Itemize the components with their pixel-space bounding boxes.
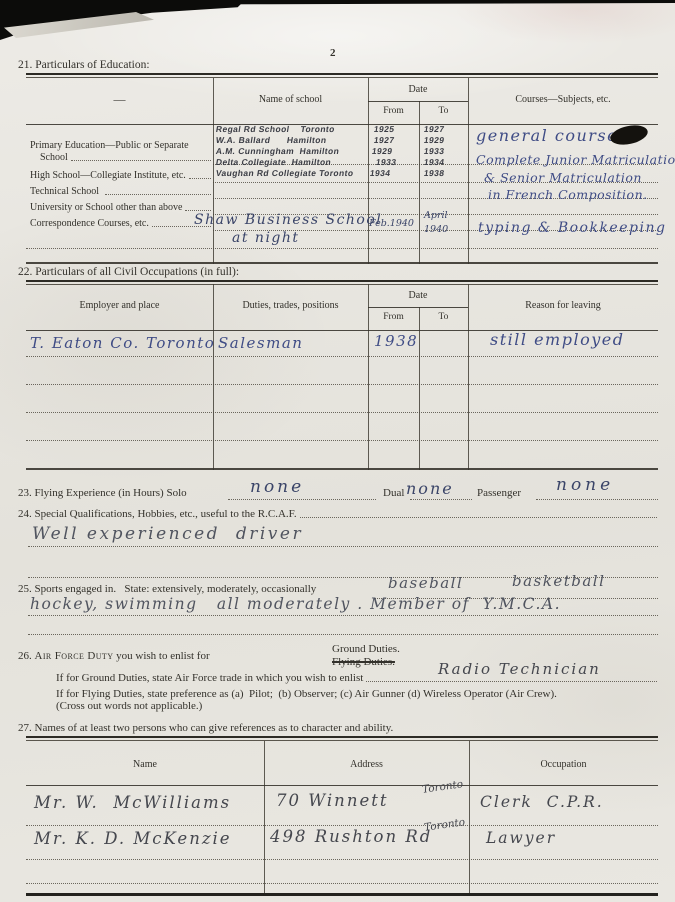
row-label-text: School [40,152,68,163]
passenger-dotted-line [536,499,658,500]
cross-out-note: (Cross out words not applicable.) [56,700,202,712]
hw-sports-2: hockey, swimming all moderately . Member… [30,595,561,613]
dotted-leader [300,517,657,518]
hw-correspondence-to-1: April [424,210,448,221]
hw-date-from: 1925 [373,124,395,134]
hw-date-to: 1938 [423,168,445,178]
hw-school-entry: Vaughan Rd Collegiate Toronto [215,168,354,178]
row-dotted-line [26,356,658,357]
page-number: 2 [330,47,336,59]
col-header-date: Date [368,290,468,301]
dotted-leader [185,210,211,211]
row-label-correspondence: Correspondence Courses, etc. [30,218,212,229]
hw-date-to: 1933 [423,146,445,156]
references-table: Name Address Occupation Mr. W. McWilliam… [26,741,658,897]
row-dotted-line [26,825,658,826]
section-26-label: 26. Air Force Duty you wish to enlist fo… [18,650,210,662]
dotted-leader [366,681,657,682]
hw-school-entry: Regal Rd School Toronto [215,124,335,134]
hw-ref-address-note: Toronto [421,778,463,796]
col-header-reason: Reason for leaving [468,300,658,311]
flying-pref-label: If for Flying Duties, state preference a… [56,688,557,700]
empty-dotted-line [28,634,658,635]
scanned-form-page: 2 21. Particulars of Education: — Name o… [0,0,675,902]
dual-label: Dual [383,487,404,499]
row-label-technical: Technical School [30,186,212,197]
hw-correspondence-school: Shaw Business School [194,212,382,228]
dual-dotted-line [410,499,472,500]
hw-school-entry: Delta Collegiate Hamilton [215,157,332,167]
header-bottom-line [26,785,658,786]
hw-flying-passenger: none [556,475,614,495]
table-bottom-thick-line [26,893,658,896]
hw-school-entry: W.A. Ballard Hamilton [215,135,327,145]
hw-flying-solo: none [250,477,304,497]
section-24-label-row: 24. Special Qualifications, Hobbies, etc… [18,508,658,520]
hw-ref-address: 498 Rushton Rd [270,827,432,846]
hw-reason: still employed [490,330,624,349]
col-header-duties: Duties, trades, positions [213,300,368,311]
table-vline-fromto [419,307,420,470]
col-header-from: From [368,106,419,116]
hw-courses-4: in French Composition. [488,187,648,202]
row-label-text: High School—Collegiate Institute, etc. [30,170,186,181]
dotted-leader [71,160,211,161]
col-header-to: To [419,106,468,116]
hw-occupation-from: 1938 [374,332,418,350]
section-22-heading: 22. Particulars of all Civil Occupations… [18,266,239,278]
dotted-leader [189,178,211,179]
section-25-label: 25. Sports engaged in. State: extensivel… [18,583,316,595]
hw-ref-name: Mr. K. D. McKenzie [34,829,232,848]
education-table: — Name of school Date From To Courses—Su… [26,78,658,264]
label-pre: 26. [18,650,35,662]
hw-employer: T. Eaton Co. Toronto [30,334,215,352]
hw-ref-occupation: Clerk C.P.R. [480,793,604,811]
hw-sports-1b: basketball [512,572,605,590]
hw-courses-3: & Senior Matriculation [484,170,642,185]
row-label-text: Correspondence Courses, etc. [30,218,149,229]
row-label-primary-1: Primary Education—Public or Separate [30,140,189,151]
row-label-university: University or School other than above [30,202,212,213]
hw-date-from: 1933 [375,157,397,167]
col-header-courses: Courses—Subjects, etc. [468,94,658,105]
hw-duties: Salesman [218,334,303,352]
table-vline [468,284,469,470]
dotted-leader [105,194,212,195]
passenger-label: Passenger [477,487,521,499]
col-header-occupation: Occupation [469,759,658,770]
row-dotted-line [26,384,658,385]
col-header-to: To [419,312,468,322]
hw-courses-5: typing & Bookkeeping [478,220,666,236]
hw-school-entry: A.M. Cunningham Hamilton [215,146,340,156]
row-dotted-line [26,440,658,441]
label-post: you wish to enlist for [113,650,209,662]
row-label-primary-2: School [40,152,212,163]
hw-sports-1a: baseball [388,574,463,592]
hw-date-from: 1934 [369,168,391,178]
col-header-name: Name [26,759,264,770]
row-label-high: High School—Collegiate Institute, etc. [30,170,212,181]
col-header-school: Name of school [213,94,368,105]
hw-date-from: 1929 [371,146,393,156]
hw-correspondence-from: Feb.1940 [369,218,414,229]
hw-date-to: 1929 [423,135,445,145]
col-header-from: From [368,312,419,322]
answer-dotted-line [28,546,658,547]
hw-date-to: 1934 [423,157,445,167]
row-dotted-line [26,248,658,249]
hw-courses-1: general course [476,126,618,145]
row-dotted-line [26,859,658,860]
hw-ref-name: Mr. W. McWilliams [34,793,231,812]
flying-duties-option-struck: Flying Duties. [332,656,395,668]
row-label-text: Technical School [30,186,102,197]
table-vline [213,284,214,470]
hw-ground-trade: Radio Technician [438,660,601,678]
occupations-table: Employer and place Duties, trades, posit… [26,284,658,472]
ground-trade-label: If for Ground Duties, state Air Force tr… [56,672,363,684]
date-subheader-line [368,307,468,308]
col-header-address: Address [264,759,469,770]
section-24-label: 24. Special Qualifications, Hobbies, etc… [18,508,297,520]
sports-dotted-line-2 [28,615,658,616]
table-bottom-line [26,468,658,470]
hw-correspondence-school-2: at night [232,230,300,246]
section-23-label: 23. Flying Experience (in Hours) Solo [18,487,187,499]
ground-duties-option: Ground Duties. [332,643,400,655]
col-header-dash: — [26,92,213,107]
date-subheader-line [368,101,468,102]
col-header-employer: Employer and place [26,300,213,311]
hw-ref-address-note: Toronto [423,816,465,834]
table-vline [468,78,469,264]
table-bottom-line [26,262,658,264]
row-dotted-line [26,412,658,413]
hw-ref-address: 70 Winnett [276,791,388,810]
hw-qualifications: Well experienced driver [32,524,303,544]
section-27-heading: 27. Names of at least two persons who ca… [18,722,393,734]
solo-dotted-line [228,499,376,500]
col-header-date: Date [368,84,468,95]
table-vline [213,78,214,264]
hw-ref-occupation: Lawyer [486,829,556,847]
hw-date-to: 1927 [423,124,445,134]
hw-courses-2: Complete Junior Matriculation [476,152,675,167]
hw-correspondence-to-2: 1940 [424,224,448,235]
row-label-text: University or School other than above [30,202,182,213]
label-smallcaps: Air Force Duty [35,650,114,662]
empty-dotted-line [26,883,658,884]
section-21-heading: 21. Particulars of Education: [18,59,150,71]
hw-flying-dual: none [406,479,454,498]
hw-date-from: 1927 [373,135,395,145]
